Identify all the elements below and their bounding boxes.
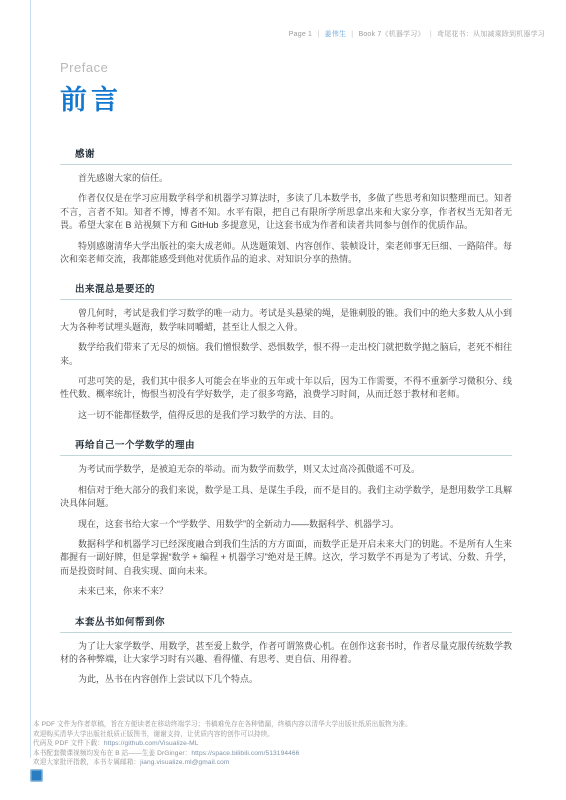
title-block: Preface 前言: [60, 60, 122, 117]
paragraph: 为考试而学数学，是被迫无奈的举动。而为数学而数学，则又太过高冷孤傲遥不可及。: [60, 463, 512, 476]
paragraph: 这一切不能都怪数学，值得反思的是我们学习数学的方法、目的。: [60, 409, 512, 422]
brand-stamp-icon: [30, 769, 43, 782]
page-title: 前言: [60, 78, 122, 117]
section-how-helps: 本套丛书如何帮到你 为了让大家学数学、用数学，甚至爱上数学，作者可谓煞费心机。在…: [60, 614, 512, 687]
footer-video-line: 本书配套微课视频均发布在 B 站——生姜 DrGinger：https://sp…: [33, 749, 549, 759]
paragraph: 首先感谢大家的信任。: [60, 172, 512, 185]
footer-download-label: 代码及 PDF 文件下载：: [33, 740, 104, 747]
section-heading: 本套丛书如何帮到你: [75, 614, 512, 628]
header-book-title: Book 7《机器学习》: [358, 31, 424, 38]
paragraph: 为此，丛书在内容创作上尝试以下几个特点。: [60, 673, 512, 686]
left-margin-rule: [30, 0, 31, 758]
section-heading: 感谢: [75, 146, 512, 160]
header-page-number: Page 1: [289, 31, 312, 38]
page-footer: 本 PDF 文件为作者草稿，旨在方便读者在移动终端学习；书稿难免存在各种错漏，终…: [33, 720, 549, 768]
footer-contact-label: 欢迎大家批评指教，本书专属邮箱：: [33, 759, 140, 766]
github-link[interactable]: https://github.com/Visualize-ML: [104, 740, 199, 747]
header-separator: |: [351, 31, 353, 38]
paragraph: 为了让大家学数学、用数学，甚至爱上数学，作者可谓煞费心机。在创作这套书时，作者尽…: [60, 640, 512, 667]
header-author: 姜伟生: [325, 31, 347, 38]
paragraph: 作者仅仅是在学习应用数学科学和机器学习算法时，多读了几本数学书，多做了些思考和知…: [60, 192, 512, 232]
section-heading-row: 出来混总是要还的: [60, 281, 512, 300]
section-heading-row: 再给自己一个学数学的理由: [60, 437, 512, 456]
paragraph: 可悲可笑的是，我们其中很多人可能会在毕业的五年或十年以后，因为工作需要，不得不重…: [60, 375, 512, 402]
paragraph: 数据科学和机器学习已经深度融合到我们生活的方方面面，而数学正是开启未来大门的钥匙…: [60, 538, 512, 578]
bilibili-link[interactable]: https://space.bilibili.com/513194466: [191, 750, 299, 757]
preface-eyebrow: Preface: [60, 60, 122, 75]
footer-download-line: 代码及 PDF 文件下载：https://github.com/Visualiz…: [33, 739, 549, 749]
footer-video-label: 本书配套微课视频均发布在 B 站——生姜 DrGinger：: [33, 750, 191, 757]
footer-contact-line: 欢迎大家批评指教，本书专属邮箱：jiang.visualize.ml@gmail…: [33, 758, 549, 768]
section-heading: 再给自己一个学数学的理由: [75, 437, 512, 451]
paragraph: 曾几何时，考试是我们学习数学的唯一动力。考试是头悬梁的绳，是锥刺股的锥。我们中的…: [60, 307, 512, 334]
section-heading-row: 感谢: [60, 146, 512, 165]
content-column: 感谢 首先感谢大家的信任。 作者仅仅是在学习应用数学科学和机器学习算法时，多读了…: [60, 146, 512, 687]
paragraph: 特别感谢清华大学出版社的栾大成老师。从选题策划、内容创作、装帧设计，栾老师事无巨…: [60, 240, 512, 267]
paragraph: 现在，这套书给大家一个“学数学、用数学”的全新动力——数据科学、机器学习。: [60, 518, 512, 531]
footer-disclaimer-2: 欢迎购买清华大学出版社纸质正版图书，谢谢支持，让优质内容的创作可以持续。: [33, 730, 549, 740]
pdf-page: Page 1 | 姜伟生 | Book 7《机器学习》 | 鸢尾花书：从加减乘除…: [0, 0, 566, 800]
header-separator: |: [430, 31, 432, 38]
section-heading-row: 本套丛书如何帮到你: [60, 614, 512, 633]
email-link[interactable]: jiang.visualize.ml@gmail.com: [140, 759, 229, 766]
paragraph: 未来已来，你来不来？: [60, 585, 512, 598]
header-separator: |: [317, 31, 319, 38]
page-header: Page 1 | 姜伟生 | Book 7《机器学习》 | 鸢尾花书：从加减乘除…: [289, 29, 545, 39]
section-payback: 出来混总是要还的 曾几何时，考试是我们学习数学的唯一动力。考试是头悬梁的绳，是锥…: [60, 281, 512, 422]
section-thanks: 感谢 首先感谢大家的信任。 作者仅仅是在学习应用数学科学和机器学习算法时，多读了…: [60, 146, 512, 266]
section-heading: 出来混总是要还的: [75, 281, 512, 295]
footer-disclaimer-1: 本 PDF 文件为作者草稿，旨在方便读者在移动终端学习；书稿难免存在各种错漏，终…: [33, 720, 549, 730]
paragraph: 相信对于绝大部分的我们来说，数学是工具、是谋生手段，而不是目的。我们主动学数学，…: [60, 484, 512, 511]
paragraph: 数学给我们带来了无尽的烦恼。我们憎恨数学、恐惧数学，恨不得一走出校门就把数学抛之…: [60, 341, 512, 368]
header-series-title: 鸢尾花书：从加减乘除到机器学习: [437, 31, 545, 38]
section-new-reason: 再给自己一个学数学的理由 为考试而学数学，是被迫无奈的举动。而为数学而数学，则又…: [60, 437, 512, 598]
